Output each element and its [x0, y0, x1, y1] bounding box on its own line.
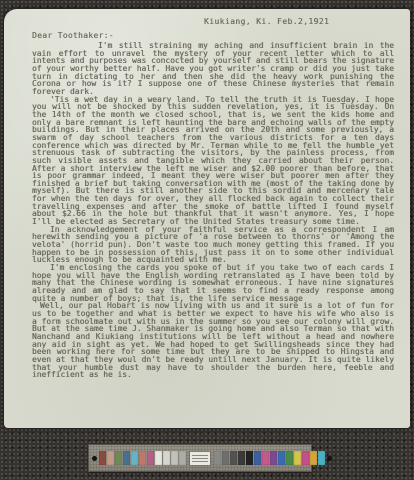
color-patch: [155, 451, 162, 465]
color-patch: [230, 451, 237, 465]
color-patch: [278, 451, 285, 465]
color-patch: [254, 451, 261, 465]
color-patch: [246, 451, 253, 465]
letter-paragraph: 'Tis a wet day in a weary land. To tell …: [32, 96, 394, 226]
color-patch: [214, 451, 221, 465]
color-patch: [123, 451, 130, 465]
color-patch: [107, 451, 114, 465]
letter-salutation: Dear Toothaker:-: [32, 31, 114, 40]
color-patch: [171, 451, 178, 465]
color-patch: [238, 451, 245, 465]
letter-dateline: Kiukiang, Ki. Feb.2,1921: [204, 17, 329, 26]
color-patch: [131, 451, 138, 465]
registration-dot-right: [327, 456, 332, 461]
color-patch: [270, 451, 277, 465]
color-patch-row-left: [99, 451, 186, 465]
color-patch: [262, 451, 269, 465]
letter-paragraph: I'm still straining my aching and insuff…: [32, 42, 394, 96]
color-patch: [115, 451, 122, 465]
letter-paragraph: Well, our pal Hobart is now living with …: [32, 302, 394, 379]
color-patch: [302, 451, 309, 465]
color-patch: [286, 451, 293, 465]
color-patch: [294, 451, 301, 465]
color-patch: [139, 451, 146, 465]
color-patch: [222, 451, 229, 465]
color-patch: [318, 451, 325, 465]
color-patch: [310, 451, 317, 465]
scanned-letter-page: Kiukiang, Ki. Feb.2,1921 Dear Toothaker:…: [4, 9, 410, 428]
letter-paragraph: I'm enclosing the cards you spoke of but…: [32, 264, 394, 302]
letter-body: I'm still straining my aching and insuff…: [32, 42, 394, 379]
color-patch: [179, 451, 186, 465]
letter-paragraph: In acknowledgement of your faithful serv…: [32, 226, 394, 264]
registration-dot-left: [92, 456, 97, 461]
scale-label: [190, 452, 210, 465]
color-patch: [147, 451, 154, 465]
color-patch: [99, 451, 106, 465]
color-patch: [163, 451, 170, 465]
color-patch-row-right: [214, 451, 325, 465]
color-calibration-bar: [88, 444, 312, 472]
